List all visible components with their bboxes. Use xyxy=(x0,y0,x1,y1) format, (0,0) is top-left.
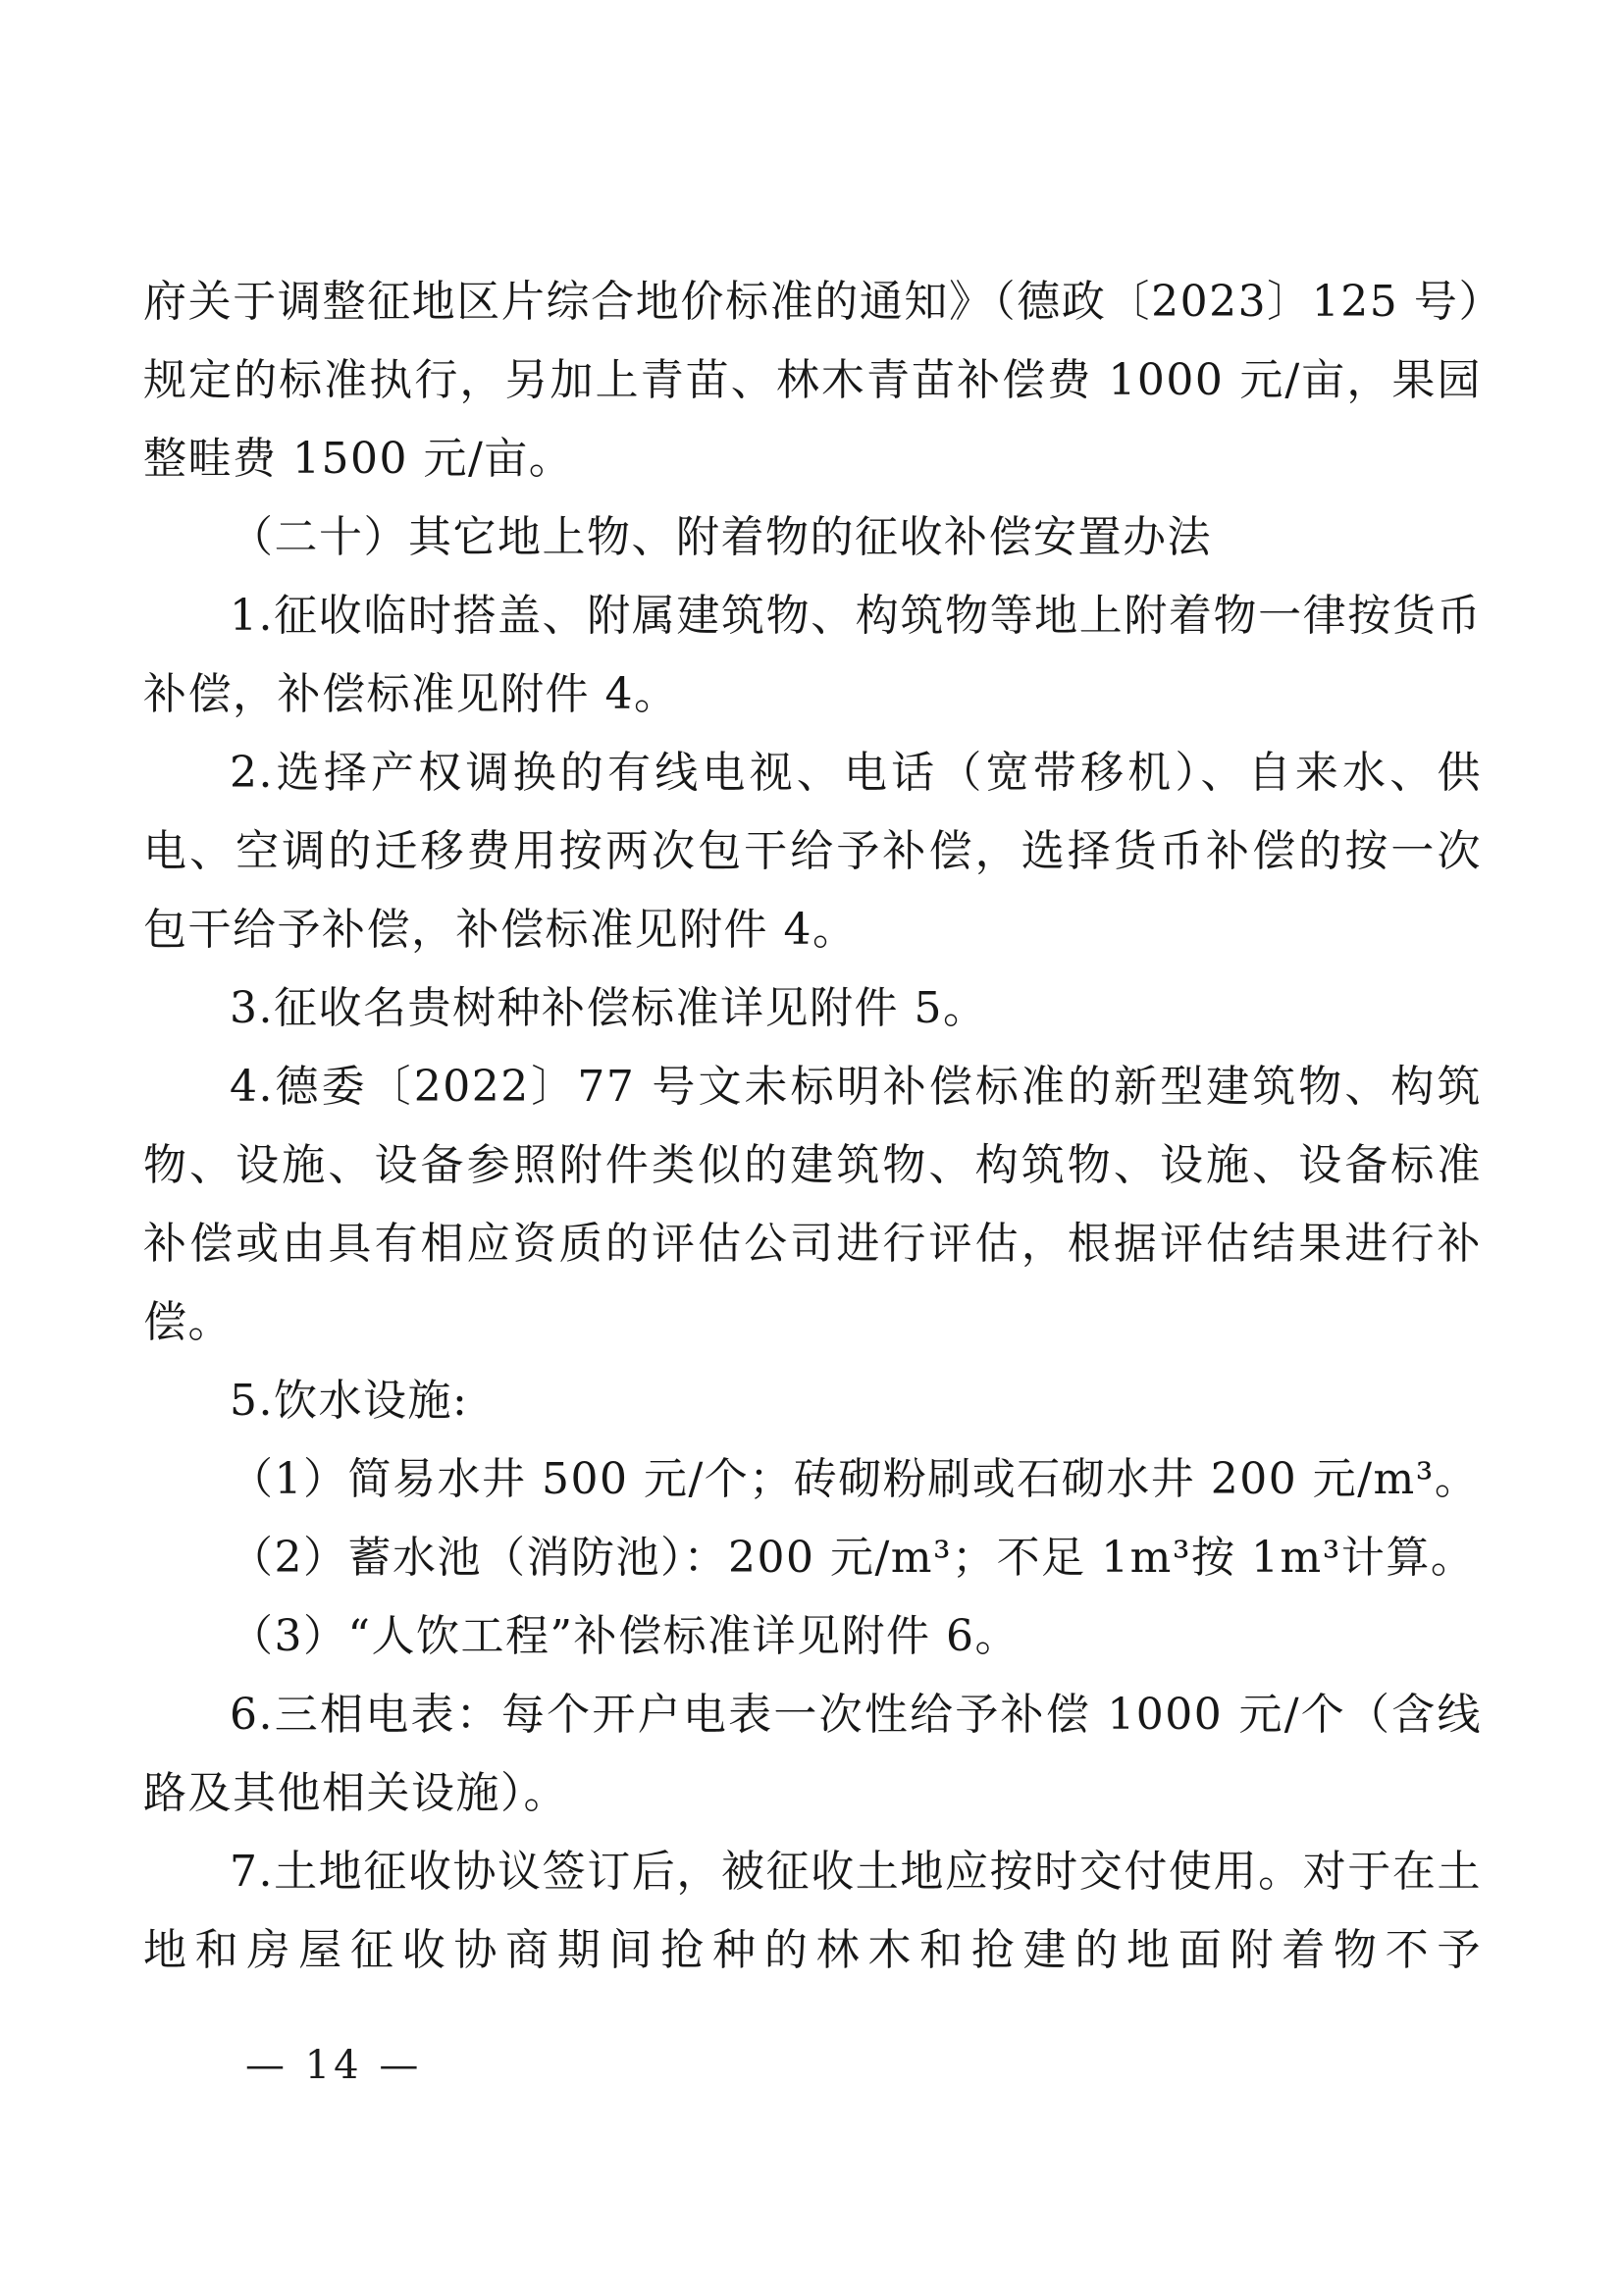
sub-item-1-paragraph: （1）简易水井 500 元/个；砖砌粉刷或石砌水井 200 元/m³。 xyxy=(143,1440,1482,1519)
item-2-paragraph: 2.选择产权调换的有线电视、电话（宽带移机）、自来水、供电、空调的迁移费用按两次… xyxy=(143,734,1482,969)
sub-item-2-paragraph: （2）蓄水池（消防池）：200 元/m³；不足 1m³按 1m³计算。 xyxy=(143,1519,1482,1597)
page-number: — 14 — xyxy=(245,2043,422,2088)
item-1-paragraph: 1.征收临时搭盖、附属建筑物、构筑物等地上附着物一律按货币补偿，补偿标准见附件 … xyxy=(143,577,1482,734)
item-7-paragraph: 7.土地征收协议签订后，被征收土地应按时交付使用。对于在土地和房屋征收协商期间抢… xyxy=(143,1833,1482,1990)
item-5-heading: 5.饮水设施: xyxy=(143,1362,1482,1440)
item-6-paragraph: 6.三相电表：每个开户电表一次性给予补偿 1000 元/个（含线路及其他相关设施… xyxy=(143,1676,1482,1833)
sub-item-3-paragraph: （3）“人饮工程”补偿标准详见附件 6。 xyxy=(143,1597,1482,1676)
item-3-paragraph: 3.征收名贵树种补偿标准详见附件 5。 xyxy=(143,969,1482,1048)
document-page: 府关于调整征地区片综合地价标准的通知》（德政〔2023〕125 号）规定的标准执… xyxy=(143,263,1482,1990)
item-4-paragraph: 4.德委〔2022〕77 号文未标明补偿标准的新型建筑物、构筑物、设施、设备参照… xyxy=(143,1048,1482,1362)
paragraph-continued-from-previous-page: 府关于调整征地区片综合地价标准的通知》（德政〔2023〕125 号）规定的标准执… xyxy=(143,263,1482,498)
section-heading-20: （二十）其它地上物、附着物的征收补偿安置办法 xyxy=(143,498,1482,577)
